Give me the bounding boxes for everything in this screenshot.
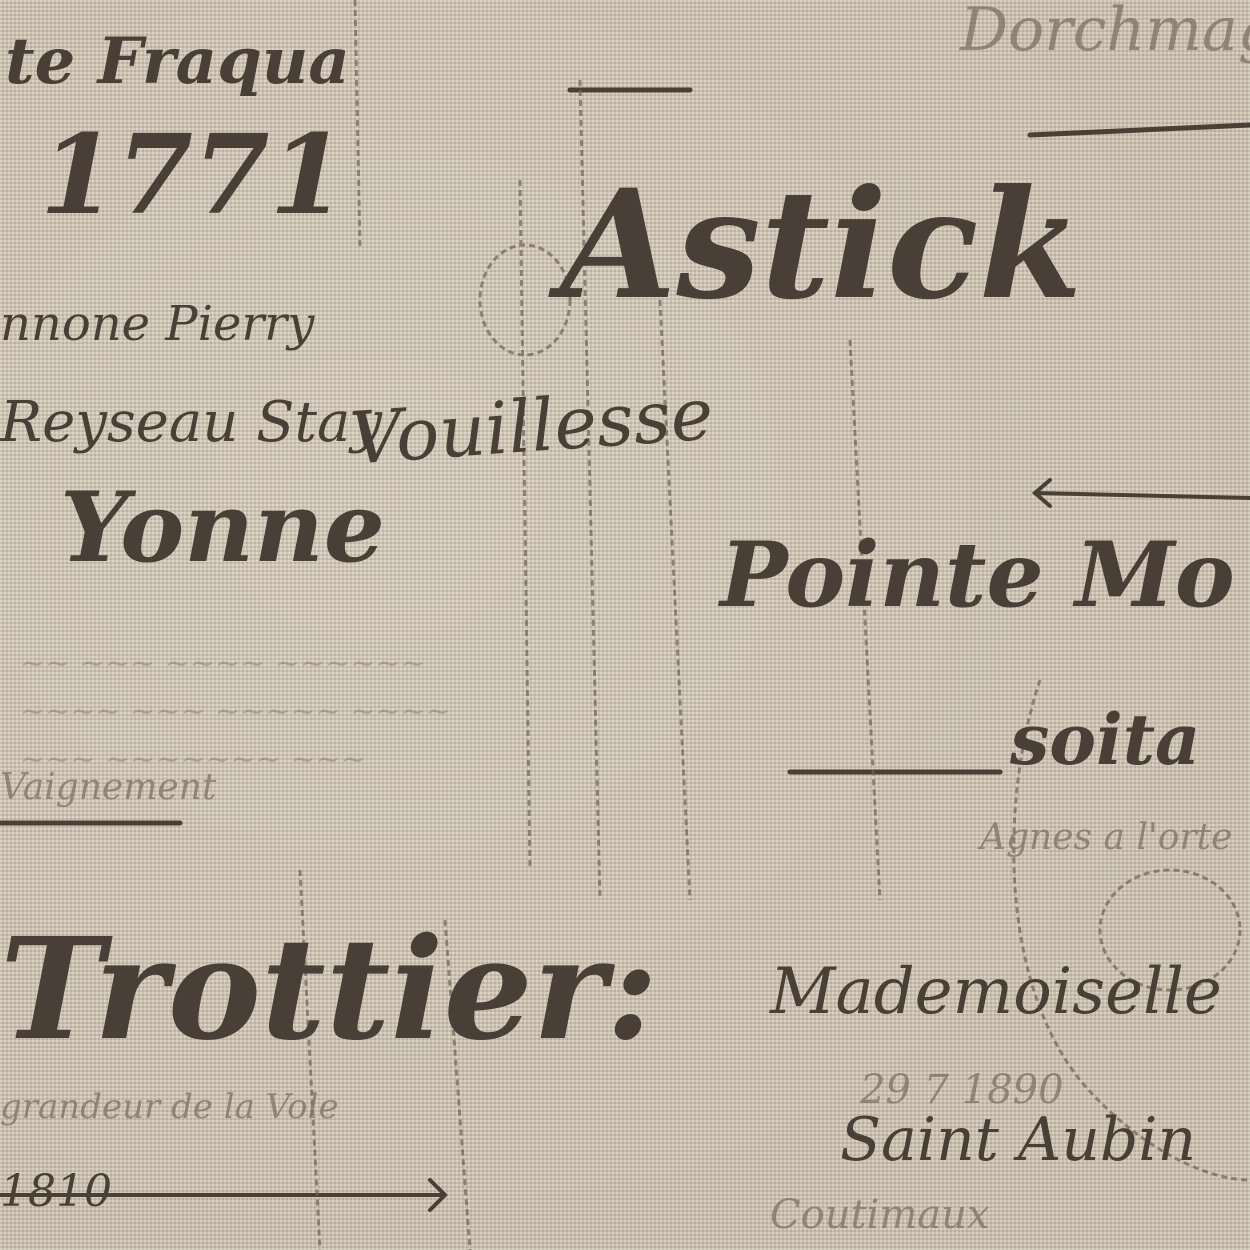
script-word: Saint Aubin (840, 1110, 1196, 1170)
script-word: Astick (560, 170, 1082, 320)
script-word: Pointe Mo (720, 530, 1235, 620)
faint-line: ~~~ ~~~~~~~ ~~~ (20, 742, 366, 777)
script-word: Trottier: (0, 920, 658, 1060)
script-word: soita (1010, 705, 1200, 775)
script-word: Yonne (60, 480, 385, 576)
faint-line: ~~~~ ~~~ ~~~~~ ~~~~ (20, 694, 451, 729)
script-word: Coutimaux (770, 1195, 989, 1235)
script-word: 29 7 1890 (860, 1070, 1064, 1110)
script-word: Dorchmage (960, 0, 1250, 60)
script-word: 1771 (40, 120, 346, 230)
script-word: te Fraqua (5, 30, 350, 94)
faint-background-script: ~~ ~~~ ~~~~ ~~~~~~ ~~~~ ~~~ ~~~~~ ~~~~ ~… (20, 640, 451, 784)
script-word: Agnes a l'orte (980, 820, 1232, 856)
script-word: nnone Pierry (0, 300, 314, 348)
script-word: Reyseau Stay (0, 395, 382, 451)
script-word: grandeur de la Vole (0, 1090, 339, 1124)
faint-line: ~~ ~~~ ~~~~ ~~~~~~ (20, 646, 426, 681)
script-word: 1810 (0, 1170, 112, 1214)
linen-script-fabric: te Fraqua 1771 nnone Pierry Reyseau Stay… (0, 0, 1250, 1250)
script-word: Mademoiselle (770, 960, 1222, 1024)
